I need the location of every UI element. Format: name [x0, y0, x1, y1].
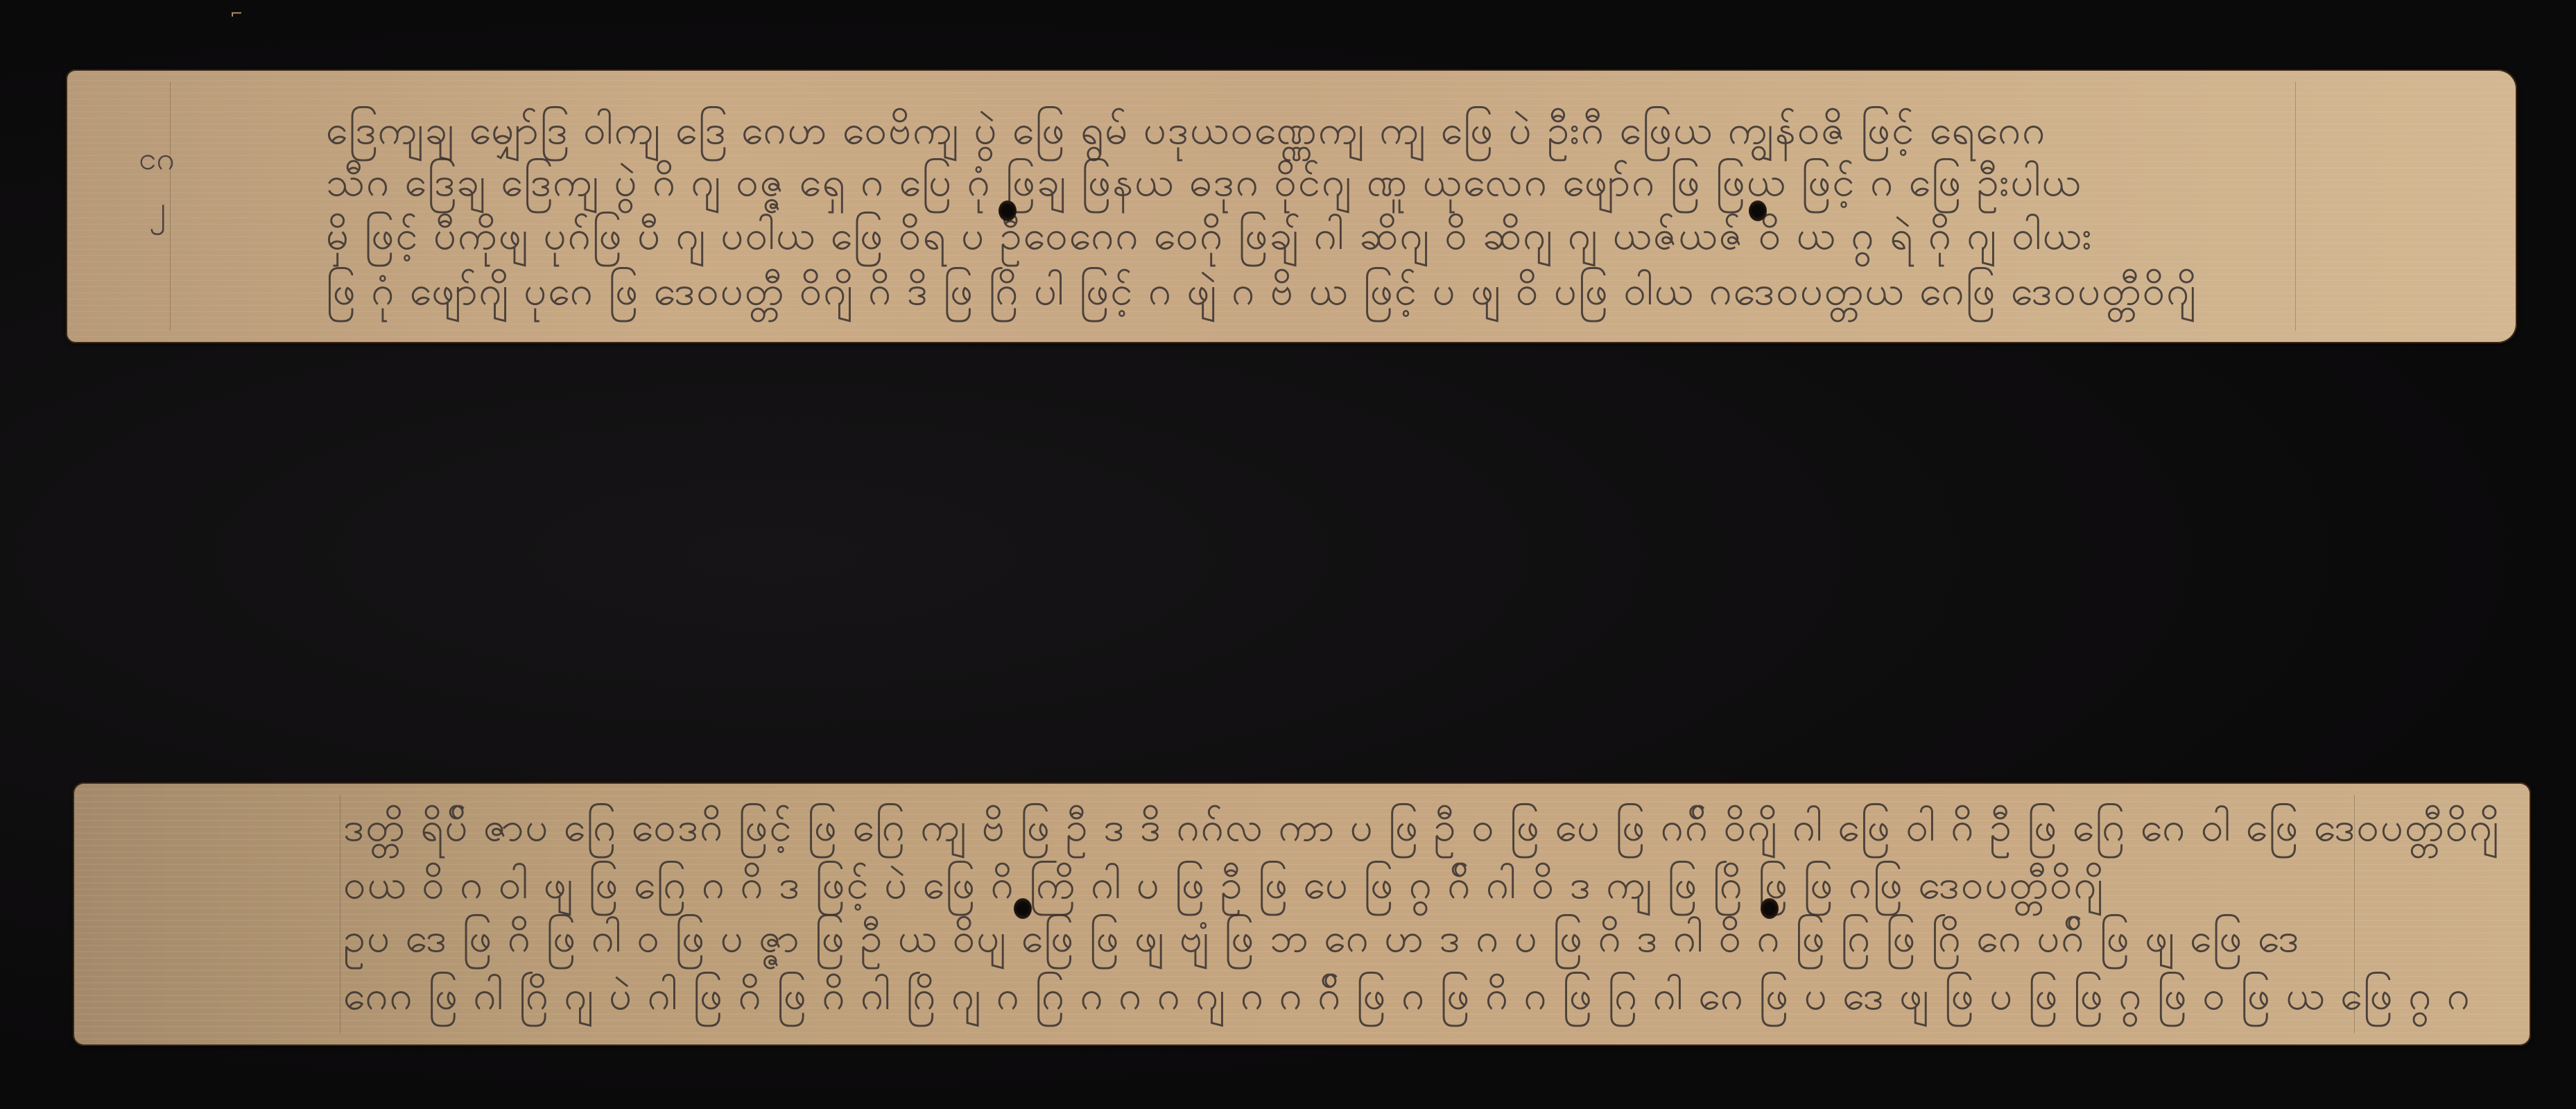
manuscript-line-2: ဝယ ဝိ ဂ ဝါ ဖျ ဖြ ဂြေ ဂ ဂိ ဒ ဖြင့် ပဲ ဖြေ…	[343, 864, 2104, 904]
manuscript-line-1: ဒြေကျချ မျှော်ဒြ ဝါကျ ဒြေ ဂေဟ ဝေဗိကျ ပွဲ…	[326, 110, 2046, 150]
margin-rule-right	[2295, 82, 2296, 331]
folio-number: ငဂ	[139, 142, 175, 174]
binding-hole-right	[1761, 898, 1779, 919]
manuscript-line-4: ဂေဂ ဖြ ဂါ ဂြိ ဂျ ပဲ ဂါ ဖြ ဂိ ဖြ ဂိ ဂါ ဂြ…	[343, 975, 2471, 1015]
manuscript-line-3: မှိ ဖြင့် ပီကိုဖျ ပုဂ်ဖြ ပီ ဂျ ပဝါယ ဖြေ …	[326, 215, 2093, 255]
manuscript-line-4: ဖြ ဂုံ ဖျော်ဂျိ ပုဂေ ဖြ ဒေဝပတ္တီ ဝိဂျိ ဂ…	[326, 270, 2197, 311]
binding-hole-left	[999, 200, 1017, 221]
binding-hole-right	[1749, 200, 1767, 221]
margin-rule-left	[340, 795, 340, 1033]
palm-leaf-bottom: ဒတ္တိ ရိပ်ိ ဇာပ ဂြေ ဝေဒဂိ ဖြင့် ဖြ ဂြေ က…	[73, 782, 2531, 1046]
manuscript-line-2: သီဂ ဒြေချ ဒြေကျ ပွဲ ဂိ ဂျ ဝဇ္ဇ ရှေ ဂ ပြေ…	[326, 162, 2082, 202]
palm-leaf-top: ငဂ ၂ ဒြေကျချ မျှော်ဒြ ဝါကျ ဒြေ ဂေဟ ဝေဗိက…	[66, 69, 2517, 343]
manuscript-line-3: ဥပ ဒေ ဖြ ဂိ ဖြ ဂါ ဝ ဖြ ပ ဇ္ဇာ ဖြ ဦ ယ ဝိပ…	[343, 918, 2300, 958]
folio-letter: ၂	[149, 191, 166, 225]
binding-hole-left	[1014, 898, 1032, 919]
debris-speck: ⌐	[230, 6, 243, 23]
manuscript-line-1: ဒတ္တိ ရိပ်ိ ဇာပ ဂြေ ဝေဒဂိ ဖြင့် ဖြ ဂြေ က…	[343, 807, 2500, 847]
margin-rule-left	[170, 82, 171, 331]
